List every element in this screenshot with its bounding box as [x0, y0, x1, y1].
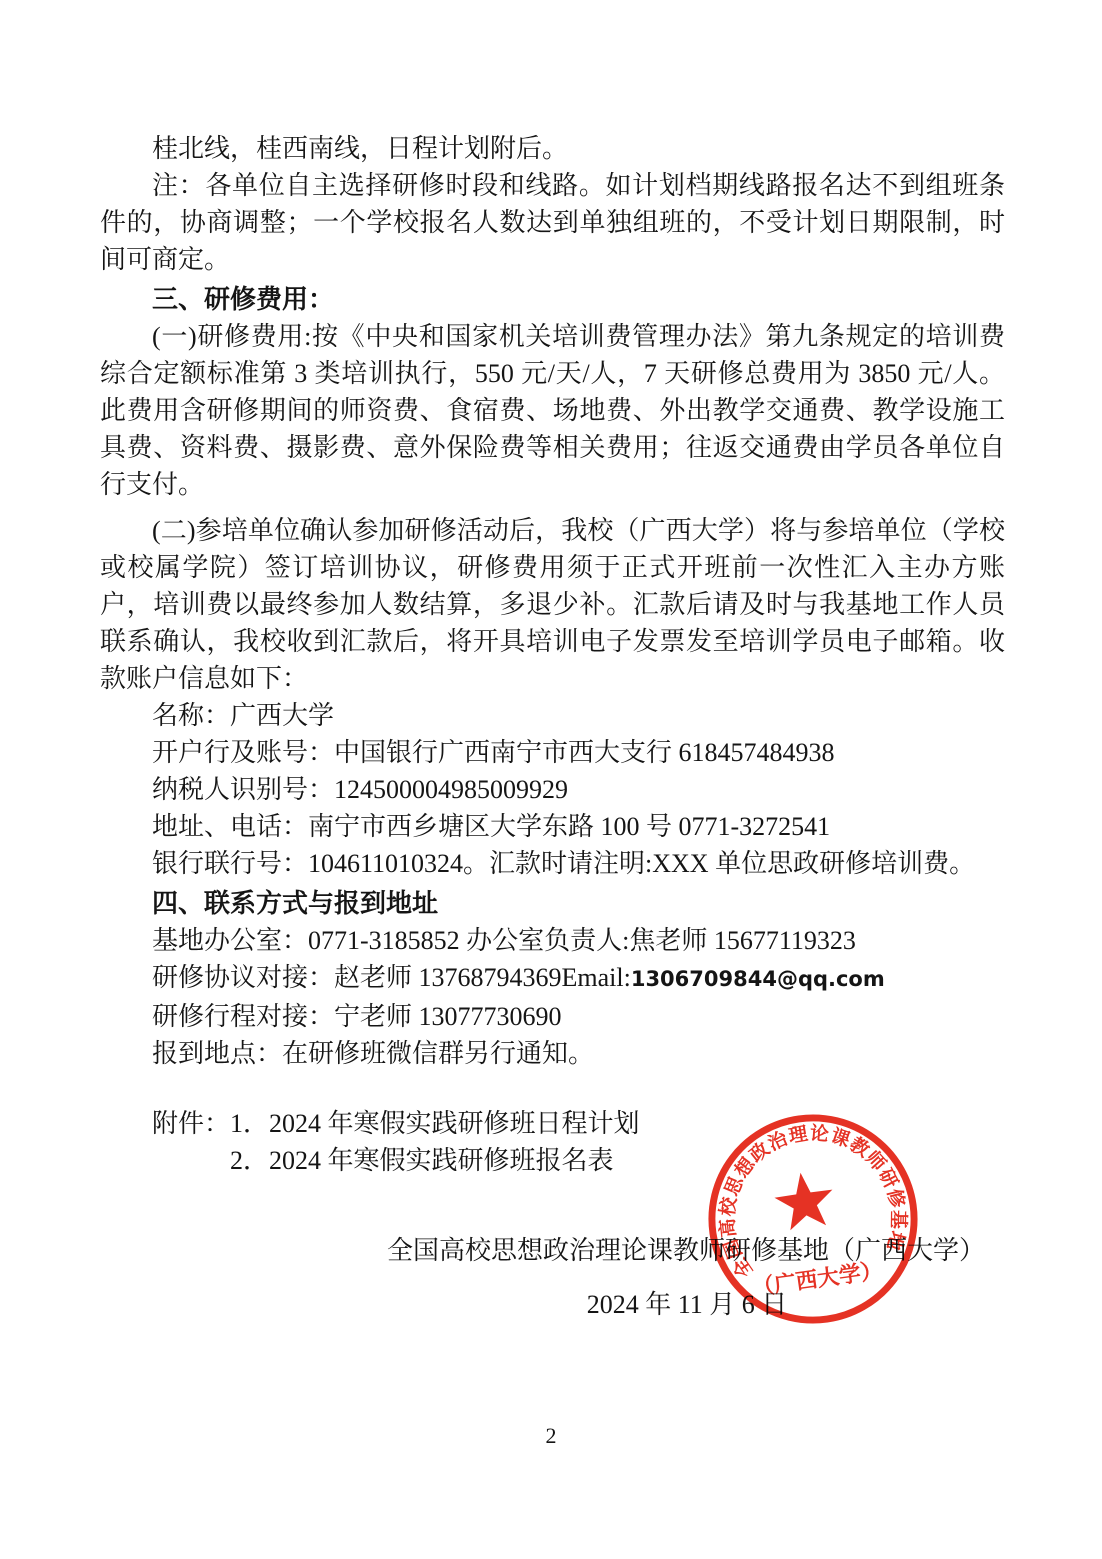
attachments-list: 附件： 1．2024 年寒假实践研修班日程计划 2．2024 年寒假实践研修班报…: [100, 1105, 1005, 1179]
document-body: 桂北线，桂西南线，日程计划附后。 注：各单位自主选择研修时段和线路。如计划档期线…: [100, 130, 1005, 1325]
email-address: 1306709844@qq.com: [631, 967, 885, 991]
contact-office: 基地办公室：0771-3185852 办公室负责人:焦老师 1567711932…: [100, 922, 1005, 959]
contact-itinerary: 研修行程对接：宁老师 13077730690: [100, 998, 1005, 1035]
account-tax-id: 纳税人识别号：124500004985009929: [100, 771, 1005, 808]
signature-date: 2024 年 11 月 6 日: [387, 1285, 987, 1325]
para-note: 注：各单位自主选择研修时段和线路。如计划档期线路报名达不到组班条件的，协商调整；…: [100, 167, 1005, 278]
account-bank: 开户行及账号：中国银行广西南宁市西大支行 618457484938: [100, 734, 1005, 771]
contact-agreement: 研修协议对接：赵老师 13768794369Email:1306709844@q…: [100, 959, 1005, 998]
heading-contact: 四、联系方式与报到地址: [100, 885, 1005, 922]
signature-organization: 全国高校思想政治理论课教师研修基地（广西大学）: [387, 1231, 987, 1271]
page-number: 2: [0, 1423, 1102, 1449]
account-name: 名称：广西大学: [100, 697, 1005, 734]
para-routes: 桂北线，桂西南线，日程计划附后。: [100, 130, 1005, 167]
account-bank-code: 银行联行号：104611010324。汇款时请注明:XXX 单位思政研修培训费。: [100, 845, 1005, 882]
document-page: 桂北线，桂西南线，日程计划附后。 注：各单位自主选择研修时段和线路。如计划档期线…: [0, 0, 1102, 1559]
para-fee-2: (二)参培单位确认参加研修活动后，我校（广西大学）将与参培单位（学校或校属学院）…: [100, 512, 1005, 697]
account-address: 地址、电话：南宁市西乡塘区大学东路 100 号 0771-3272541: [100, 808, 1005, 845]
signature-block: 全国高校思想政治理论课教师研修基地（广西大学） 2024 年 11 月 6 日: [387, 1231, 987, 1325]
attachments-label: 附件：: [152, 1105, 230, 1142]
para-fee-1: (一)研修费用:按《中央和国家机关培训费管理办法》第九条规定的培训费综合定额标准…: [100, 318, 1005, 503]
attachments-items: 1．2024 年寒假实践研修班日程计划 2．2024 年寒假实践研修班报名表: [230, 1105, 640, 1179]
heading-fees: 三、研修费用：: [100, 281, 1005, 318]
contact-agreement-text: 研修协议对接：赵老师 13768794369Email:: [152, 963, 631, 992]
attachment-item: 2．2024 年寒假实践研修班报名表: [230, 1142, 640, 1179]
contact-checkin: 报到地点：在研修班微信群另行通知。: [100, 1035, 1005, 1072]
attachment-item: 1．2024 年寒假实践研修班日程计划: [230, 1105, 640, 1142]
